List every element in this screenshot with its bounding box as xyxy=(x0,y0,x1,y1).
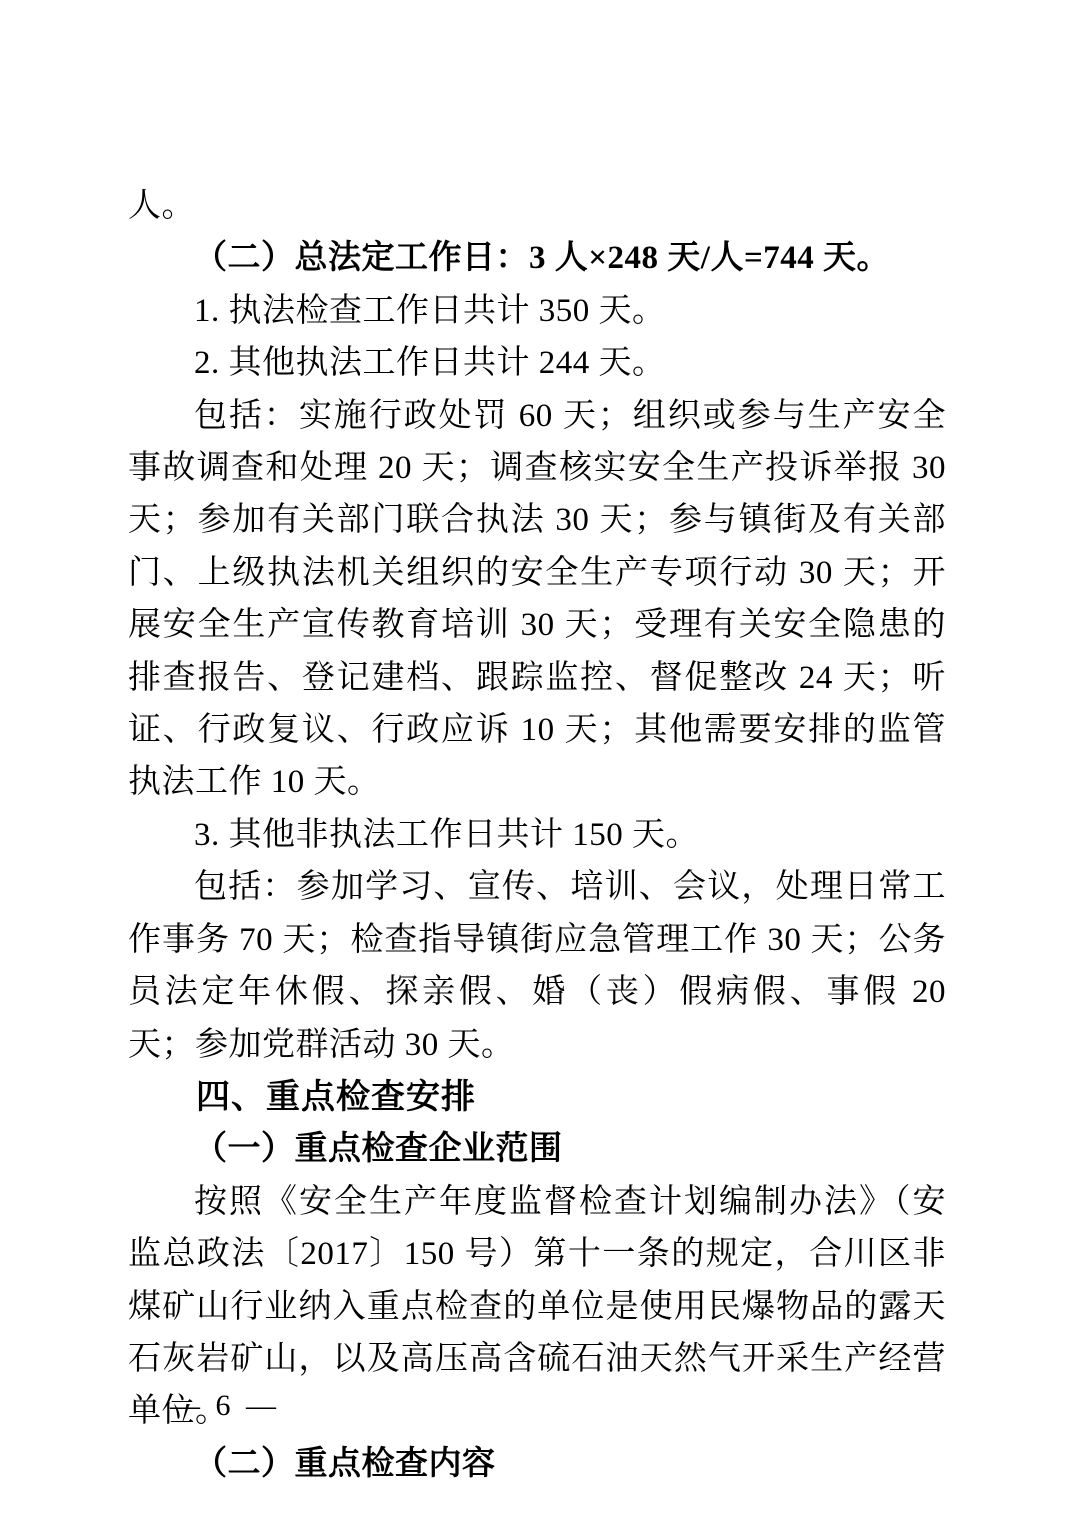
page-number: — 6 — xyxy=(170,1389,280,1423)
paragraph-item-3: 3. 其他非执法工作日共计 150 天。 xyxy=(128,809,946,861)
document-page: 人。 （二）总法定工作日：3 人×248 天/人=744 天。 1. 执法检查工… xyxy=(0,0,1074,1520)
paragraph-item-2: 2. 其他执法工作日共计 244 天。 xyxy=(128,337,946,389)
section-heading-4: 四、重点检查安排 xyxy=(128,1071,946,1123)
paragraph-item-1: 1. 执法检查工作日共计 350 天。 xyxy=(128,285,946,337)
paragraph-item-3-detail: 包括：参加学习、宣传、培训、会议，处理日常工作事务 70 天；检查指导镇街应急管… xyxy=(128,861,946,1071)
paragraph-continuation: 人。 xyxy=(128,180,946,232)
document-body: 人。 （二）总法定工作日：3 人×248 天/人=744 天。 1. 执法检查工… xyxy=(128,180,946,1490)
subsection-heading-content: （二）重点检查内容 xyxy=(128,1438,946,1490)
paragraph-item-2-detail: 包括：实施行政处罚 60 天；组织或参与生产安全事故调查和处理 20 天；调查核… xyxy=(128,390,946,809)
subsection-heading-scope: （一）重点检查企业范围 xyxy=(128,1123,946,1175)
paragraph-subheading-total-workdays: （二）总法定工作日：3 人×248 天/人=744 天。 xyxy=(128,232,946,284)
